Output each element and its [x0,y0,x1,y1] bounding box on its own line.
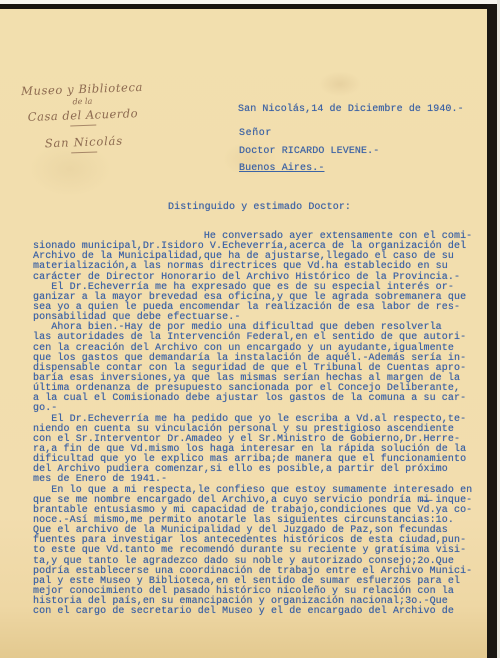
scanned-letter-page: Museo y Biblioteca de la Casa del Acuerd… [0,0,500,658]
typed-line: mes de Enero de 1941.- [33,475,483,485]
letterhead: Museo y Biblioteca de la Casa del Acuerd… [13,80,153,156]
typed-line: to este que Vd.tanto me recomendó durant… [33,546,483,556]
typed-line: con el cargo de secretario del Museo y e… [33,607,483,617]
letterhead-casa-del-acuerdo: Casa del Acuerdo [14,106,152,125]
addressee-name: Doctor RICARDO LEVENE.- [239,146,379,157]
addressee-city: Buenos Aires.- [239,163,324,174]
typed-line: go.- [33,404,483,414]
letter-body: He conversado ayer extensamente con el c… [33,232,483,617]
scan-top-dark-edge [0,4,500,9]
salutation: Distinguido y estimado Doctor: [168,202,351,213]
addressee-honorific: Señor [239,128,272,139]
dateline: San Nicolás,14 de Diciembre de 1940.- [238,104,464,115]
typed-line: a la cual el Comisionado debe ajustar lo… [33,394,483,404]
letterhead-city: San Nicolás [15,133,153,152]
scan-right-dark-edge [487,4,497,658]
letterhead-rule-top [70,125,96,127]
